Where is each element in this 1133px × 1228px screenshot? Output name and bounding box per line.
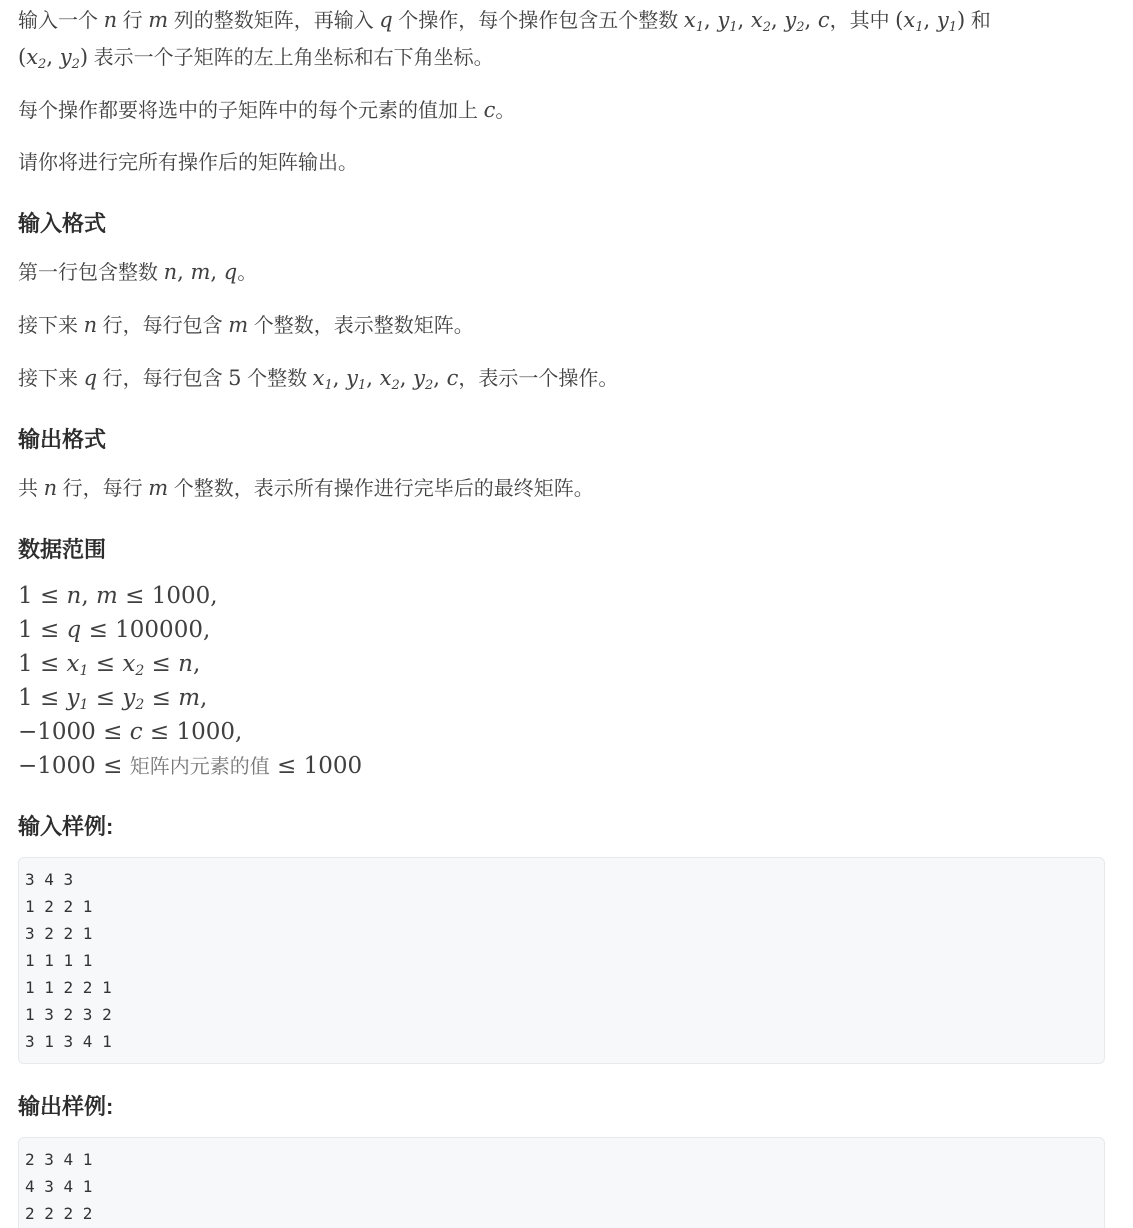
- input-format-paragraph-3: 接下来 q 行，每行包含 5 个整数 x1, y1, x2, y2, c，表示一…: [18, 360, 1105, 397]
- statement-paragraph-3: 请你将进行完所有操作后的矩阵输出。: [18, 145, 1105, 181]
- sample-input-code-block: 3 4 3 1 2 2 1 3 2 2 1 1 1 1 1 1 1 2 2 1 …: [18, 857, 1105, 1064]
- section-heading-sample-input: 输入样例:: [18, 812, 1105, 841]
- section-heading-data-range: 数据范围: [18, 535, 1105, 564]
- input-format-paragraph-2: 接下来 n 行，每行包含 m 个整数，表示整数矩阵。: [18, 307, 1105, 344]
- problem-statement-page: 输入一个 n 行 m 列的整数矩阵，再输入 q 个操作，每个操作包含五个整数 x…: [0, 2, 1133, 1228]
- input-format-paragraph-1: 第一行包含整数 n, m, q。: [18, 254, 1105, 291]
- statement-paragraph-1: 输入一个 n 行 m 列的整数矩阵，再输入 q 个操作，每个操作包含五个整数 x…: [18, 2, 1105, 76]
- data-range-constraints: 1 ≤ n, m ≤ 1000,1 ≤ q ≤ 100000,1 ≤ x1 ≤ …: [18, 580, 1105, 784]
- sample-output-code-block: 2 3 4 1 4 3 4 1 2 2 2 2: [18, 1137, 1105, 1228]
- statement-paragraph-2: 每个操作都要将选中的子矩阵中的每个元素的值加上 c。: [18, 92, 1105, 129]
- section-heading-input-format: 输入格式: [18, 209, 1105, 238]
- output-format-paragraph-1: 共 n 行，每行 m 个整数，表示所有操作进行完毕后的最终矩阵。: [18, 470, 1105, 507]
- section-heading-output-format: 输出格式: [18, 425, 1105, 454]
- section-heading-sample-output: 输出样例:: [18, 1092, 1105, 1121]
